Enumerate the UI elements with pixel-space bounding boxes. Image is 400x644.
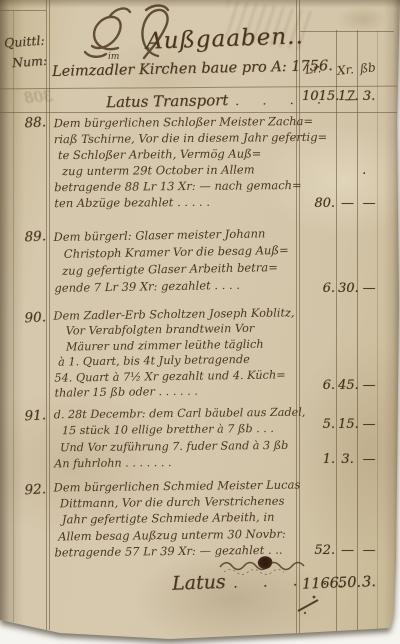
scanned-ledger-page: 308 Quittl: Num: Außgaaben.. im Leimzadl… bbox=[0, 0, 400, 644]
amount-ssb: — bbox=[359, 378, 379, 393]
entry-number: 90. bbox=[16, 309, 47, 327]
bleedthrough-smudge bbox=[338, 6, 388, 32]
corner-label-line1: Quittl: bbox=[4, 33, 46, 51]
entry-91-amounts-b: 1. 3. — bbox=[302, 452, 394, 470]
ledger-paper: 308 Quittl: Num: Außgaaben.. im Leimzadl… bbox=[0, 0, 400, 644]
entry-90-amounts: 6. 45. — bbox=[302, 378, 394, 396]
amount-xr: 17. bbox=[338, 89, 357, 104]
corner-cell-top-rule bbox=[0, 10, 46, 11]
number-column-rule-inner bbox=[49, 0, 50, 630]
amount-ssb: 3. bbox=[359, 89, 379, 104]
entry-text-line: gende 7 Lr 39 Xr: gezahlet . . . . bbox=[54, 276, 289, 297]
entry-88-text: Dem bürgerlichen Schloßer Meister Zacha=… bbox=[54, 113, 328, 211]
paper-top-edge-shade bbox=[0, 0, 400, 8]
amount-ssb: — bbox=[359, 281, 379, 296]
currency-header-lr: Lr. bbox=[304, 61, 322, 77]
amount-xr: 45. bbox=[338, 378, 357, 393]
amount-lr: 6. bbox=[302, 281, 335, 296]
corner-label-line2: Num: bbox=[12, 53, 48, 70]
entry-text-line: An fuhrlohn . . . . . . . bbox=[54, 454, 306, 473]
entry-text-line: riaß Tschirne, Vor die in diesem Jahr ge… bbox=[54, 129, 328, 147]
currency-header-ssb: ßb bbox=[359, 60, 376, 76]
entry-number: 89. bbox=[16, 228, 47, 246]
transport-amounts: 1015. 17. 3. bbox=[302, 89, 394, 107]
tally-check-mark bbox=[294, 594, 326, 616]
amount-lr: 80. bbox=[302, 196, 335, 211]
transport-bottom-rule bbox=[0, 112, 397, 113]
margin-rule bbox=[13, 10, 14, 622]
amount-xr: 15. bbox=[338, 417, 357, 432]
amount-xr: — bbox=[338, 543, 357, 558]
amount-ssb: 3. bbox=[359, 574, 380, 591]
entry-number: 92. bbox=[16, 481, 47, 499]
amount-lr: 5. bbox=[302, 417, 335, 432]
stray-dot: · bbox=[362, 166, 366, 182]
amount-xr: — bbox=[338, 196, 357, 211]
entry-number: 88. bbox=[16, 114, 47, 132]
amount-lr: 1. bbox=[302, 452, 335, 467]
amount-lr: 1166. bbox=[302, 575, 336, 592]
amount-ssb: — bbox=[359, 452, 379, 467]
entry-text-line: thaler 15 ßb oder . . . . . . bbox=[54, 382, 295, 401]
amount-lr: 6. bbox=[302, 378, 335, 393]
entry-text-line: betragende 88 Lr 13 Xr: — nach gemach= bbox=[54, 177, 328, 195]
entry-number: 91. bbox=[16, 407, 47, 425]
entry-text-line: Und Vor zuführung 7. fuder Sand à 3 ßb bbox=[60, 437, 306, 456]
amount-lr: 1015. bbox=[302, 89, 335, 104]
number-column-rule-outer bbox=[46, 0, 47, 630]
entry-91-text: d. 28t Decembr: dem Carl bäubel aus Zade… bbox=[54, 405, 306, 473]
amount-xr: 3. bbox=[338, 452, 357, 467]
amount-xr: 30. bbox=[338, 281, 357, 296]
page-title: Außgaaben.. bbox=[146, 23, 305, 54]
paper-shadow: 308 Quittl: Num: Außgaaben.. im Leimzadl… bbox=[0, 0, 400, 644]
footer-label: Latus bbox=[172, 571, 226, 595]
transport-label: Latus Transport bbox=[106, 91, 229, 111]
currency-header-xr: Xr. bbox=[336, 62, 354, 78]
amount-ssb: — bbox=[359, 543, 379, 558]
amount-xr: 50. bbox=[338, 575, 358, 592]
header-right-rule bbox=[300, 31, 394, 32]
entry-90-text: Dem Zadler-Erb Scholtzen Joseph Koblitz,… bbox=[53, 305, 295, 401]
amount-ssb: — bbox=[359, 417, 379, 432]
insertion-mark: im bbox=[108, 52, 119, 62]
entry-92-text: Dem bürgerlichen Schmied Meister Lucas D… bbox=[54, 476, 302, 560]
entry-88-amounts: 80. — — bbox=[302, 196, 394, 214]
amount-ssb: — bbox=[359, 196, 379, 211]
entry-89-amounts: 6. 30. — bbox=[302, 281, 394, 299]
entry-text-line: ten Abzüge bezahlet . . . . . bbox=[54, 193, 328, 211]
entry-91-amounts-a: 5. 15. — bbox=[302, 417, 394, 435]
entry-89-text: Dem bürgerl: Glaser meister Johann Chris… bbox=[53, 225, 289, 297]
footer-amounts: 1166. 50. 3. bbox=[302, 573, 395, 594]
